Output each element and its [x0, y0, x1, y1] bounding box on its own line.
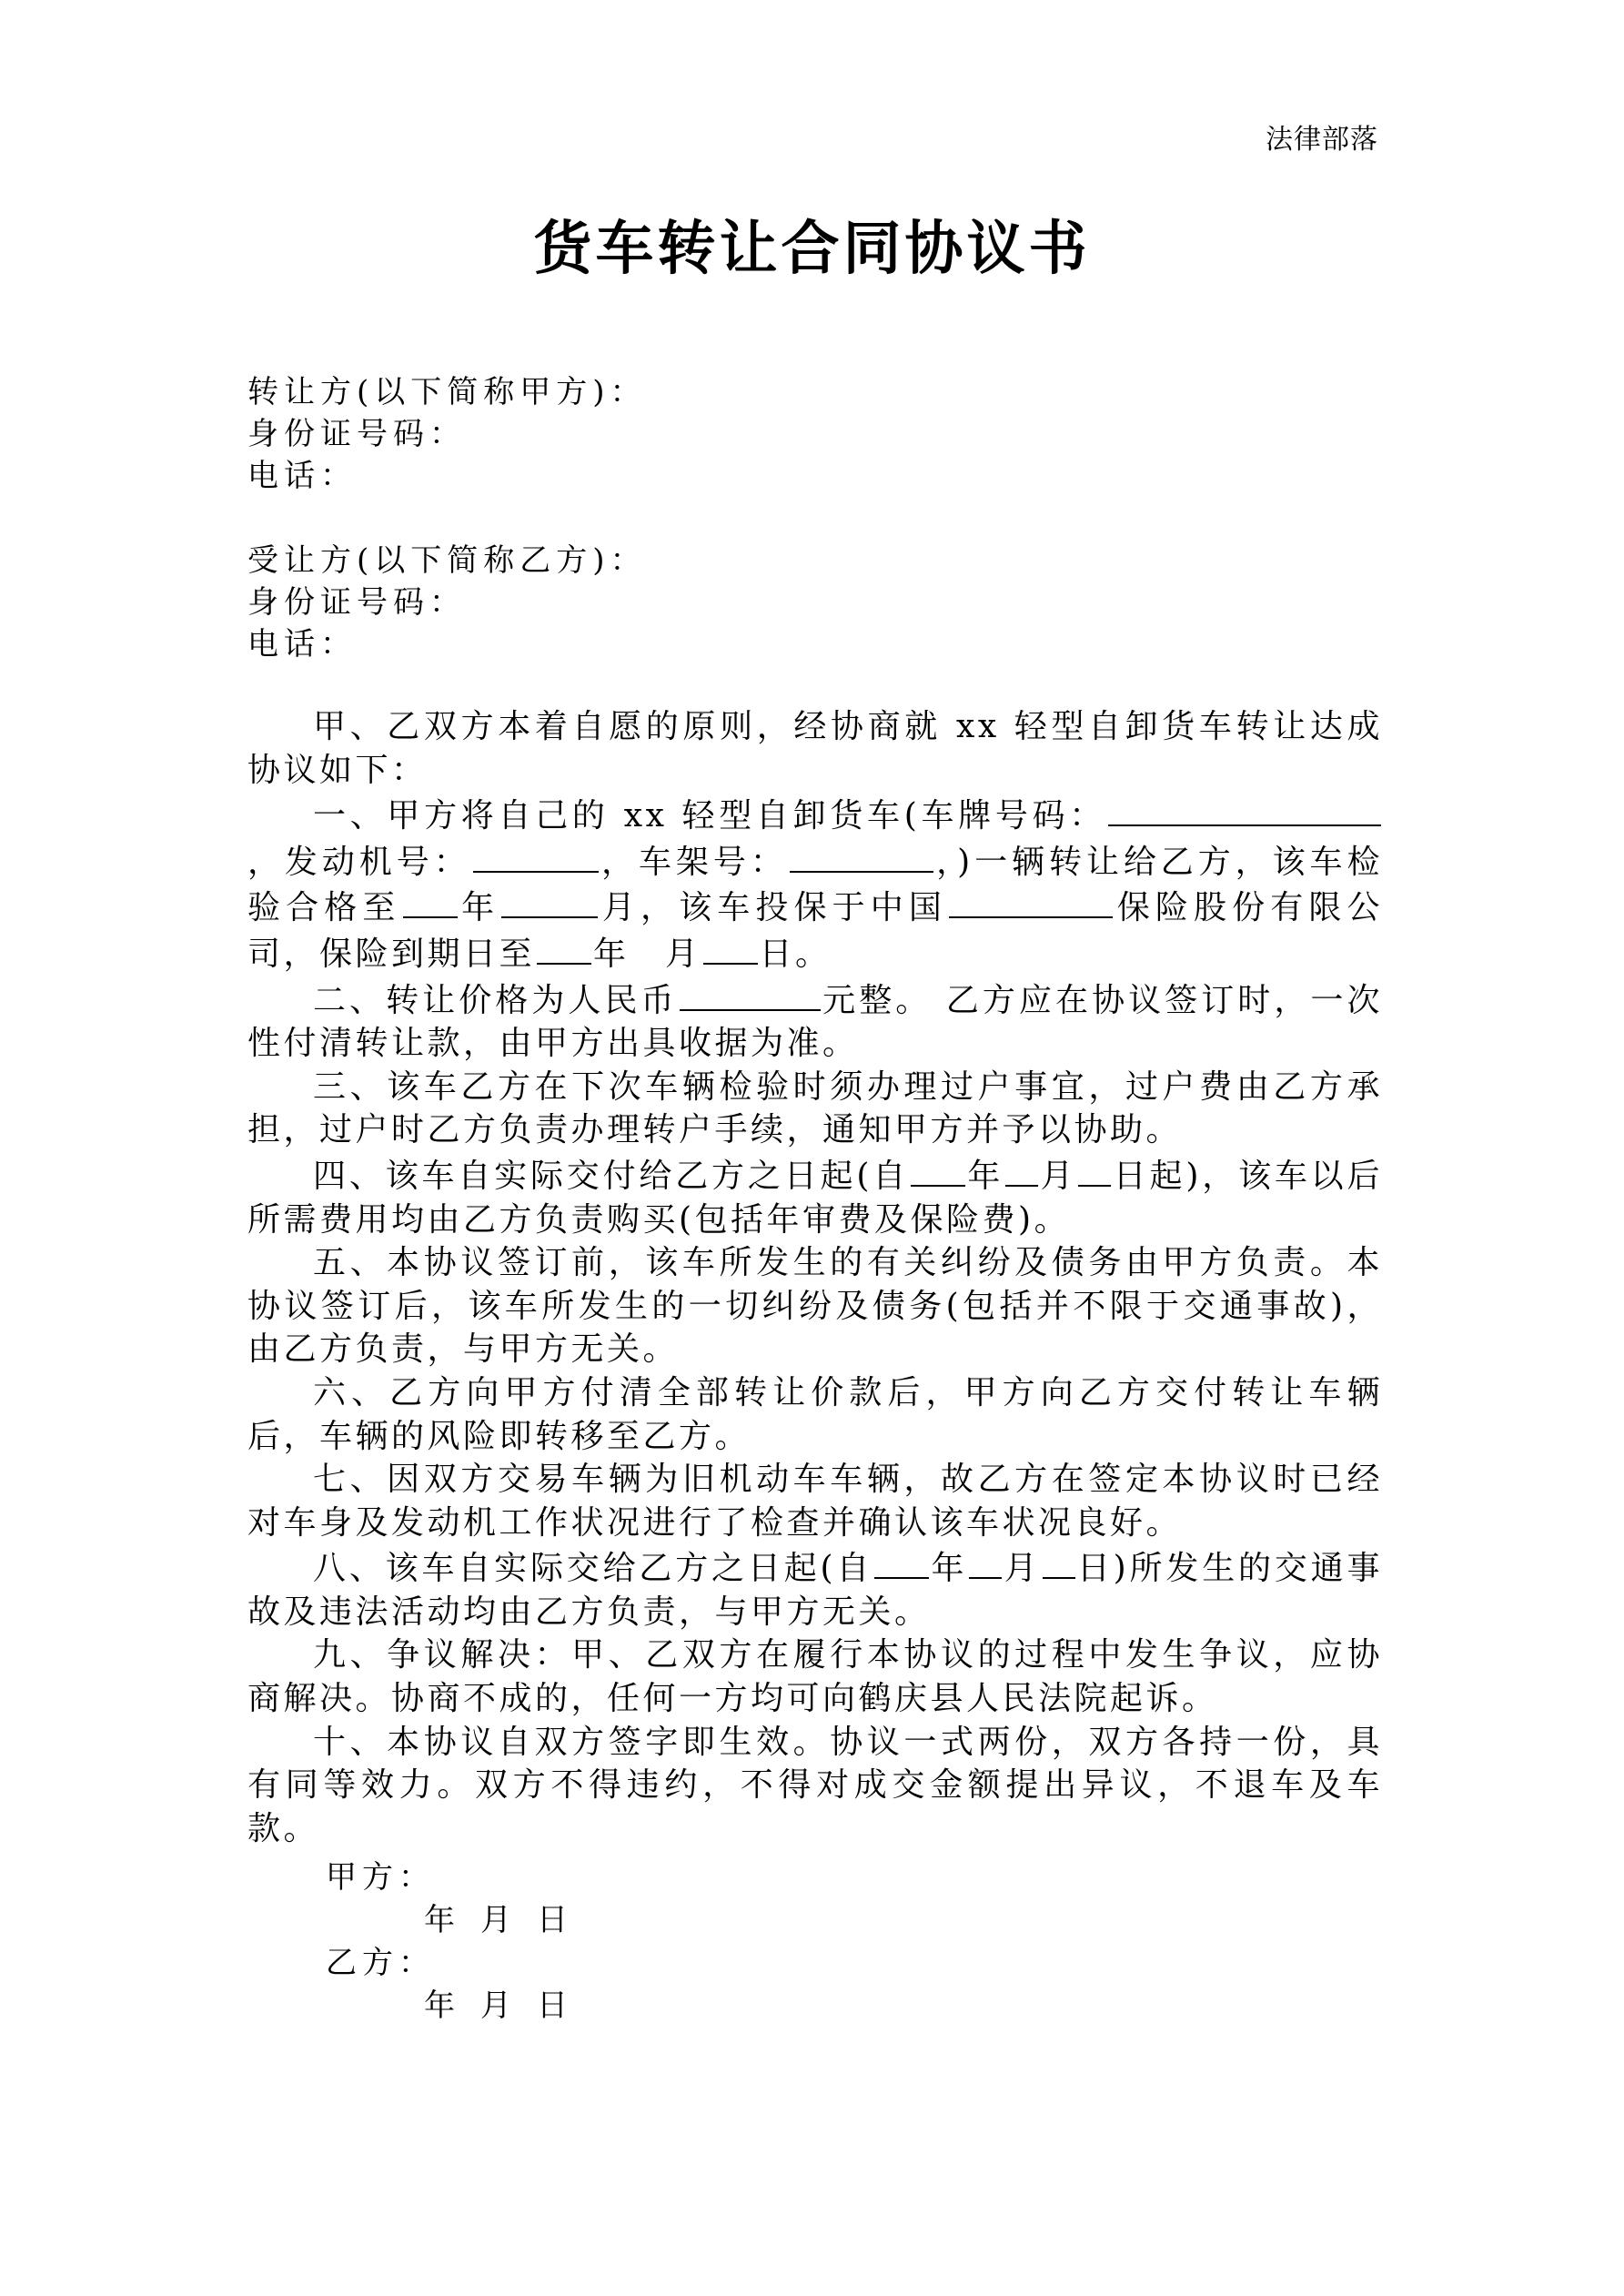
handover-day-blank	[1043, 1544, 1075, 1579]
clause-7: 七、因双方交易车辆为旧机动车车辆，故乙方在签定本协议时已经对车身及发动机工作状况…	[247, 1458, 1383, 1544]
party-a-role: 转让方(以下简称甲方)：	[247, 371, 647, 413]
clause-2: 二、转让价格为人民币元整。 乙方应在协议签订时，一次性付清转让款，由甲方出具收据…	[247, 976, 1383, 1066]
year-label: 年	[424, 1988, 460, 2024]
party-a-signature-label: 甲方：	[326, 1856, 593, 1899]
clause-1-text: 日。	[760, 936, 832, 973]
clause-4-text: 年	[967, 1158, 1004, 1195]
delivery-year-blank	[911, 1152, 965, 1187]
delivery-month-blank	[1005, 1152, 1038, 1187]
clause-2-text: 二、转让价格为人民币	[313, 982, 678, 1019]
intro-paragraph: 甲、乙双方本着自愿的原则，经协商就 xx 轻型自卸货车转让达成协议如下：	[247, 705, 1383, 792]
clause-8-text: 八、该车自实际交给乙方之日起(自	[313, 1550, 873, 1587]
clause-1-text: ，发动机号：	[247, 844, 471, 881]
clause-5: 五、本协议签订前，该车所发生的有关纠纷及债务由甲方负责。本协议签订后，该车所发生…	[247, 1241, 1383, 1371]
insurance-year-blank	[537, 930, 591, 965]
party-b-signature-label: 乙方：	[326, 1942, 593, 1985]
handover-year-blank	[874, 1544, 929, 1579]
clause-1-text: 年	[459, 889, 500, 926]
insurance-day-blank	[703, 930, 758, 965]
party-b-role: 受让方(以下简称乙方)：	[247, 540, 647, 582]
clause-1-text: 一、甲方将自己的 xx 轻型自卸货车(车牌号码：	[313, 797, 1106, 834]
clause-3: 三、该车乙方在下次车辆检验时须办理过户事宜，过户费由乙方承担，过户时乙方负责办理…	[247, 1066, 1383, 1152]
clause-1-text: ，车架号：	[600, 844, 788, 881]
clause-8-text: 年	[931, 1550, 967, 1587]
clause-4: 四、该车自实际交付给乙方之日起(自年月日起)，该车以后所需费用均由乙方负责购买(…	[247, 1152, 1383, 1241]
party-b-signature-date: 年月日	[326, 1985, 593, 2028]
party-a-id-label: 身份证号码：	[247, 413, 647, 455]
party-a-phone-label: 电话：	[247, 455, 647, 497]
party-b-info: 受让方(以下简称乙方)： 身份证号码： 电话：	[247, 540, 647, 665]
brand-label: 法律部落	[1266, 116, 1378, 157]
delivery-day-blank	[1078, 1152, 1111, 1187]
clause-9: 九、争议解决：甲、乙双方在履行本协议的过程中发生争议，应协商解决。协商不成的，任…	[247, 1633, 1383, 1720]
day-label: 日	[537, 1902, 573, 1938]
day-label: 日	[537, 1988, 573, 2024]
inspection-month-blank	[501, 884, 598, 918]
month-label: 月	[480, 1988, 517, 2024]
signature-section: 甲方： 年月日 乙方： 年月日	[326, 1856, 593, 2028]
clause-1-text: 年 月	[593, 936, 701, 973]
clause-8: 八、该车自实际交给乙方之日起(自年月日)所发生的交通事故及违法活动均由乙方负责，…	[247, 1544, 1383, 1633]
clause-4-text: 四、该车自实际交付给乙方之日起(自	[313, 1158, 909, 1195]
clause-8-text: 月	[1004, 1550, 1040, 1587]
year-label: 年	[424, 1902, 460, 1938]
clause-6: 六、乙方向甲方付清全部转让价款后，甲方向乙方交付转让车辆后，车辆的风险即转移至乙…	[247, 1371, 1383, 1458]
contract-body: 甲、乙双方本着自愿的原则，经协商就 xx 轻型自卸货车转让达成协议如下： 一、甲…	[247, 705, 1383, 1850]
month-label: 月	[480, 1902, 517, 1938]
party-a-info: 转让方(以下简称甲方)： 身份证号码： 电话：	[247, 371, 647, 497]
clause-1-text: 月，该车投保于中国	[600, 889, 947, 926]
insurance-company-blank	[949, 884, 1113, 918]
frame-number-blank	[790, 838, 933, 873]
handover-month-blank	[969, 1544, 1002, 1579]
clause-1: 一、甲方将自己的 xx 轻型自卸货车(车牌号码：，发动机号：，车架号：，)一辆转…	[247, 792, 1383, 976]
clause-10: 十、本协议自双方签字即生效。协议一式两份，双方各持一份，具有同等效力。双方不得违…	[247, 1721, 1383, 1851]
plate-number-blank	[1108, 792, 1381, 826]
document-title: 货车转让合同协议书	[0, 202, 1624, 286]
inspection-year-blank	[403, 884, 458, 918]
party-b-id-label: 身份证号码：	[247, 582, 647, 623]
party-b-phone-label: 电话：	[247, 623, 647, 665]
engine-number-blank	[473, 838, 599, 873]
price-blank	[680, 976, 821, 1011]
party-a-signature-date: 年月日	[326, 1899, 593, 1942]
clause-4-text: 月	[1040, 1158, 1076, 1195]
